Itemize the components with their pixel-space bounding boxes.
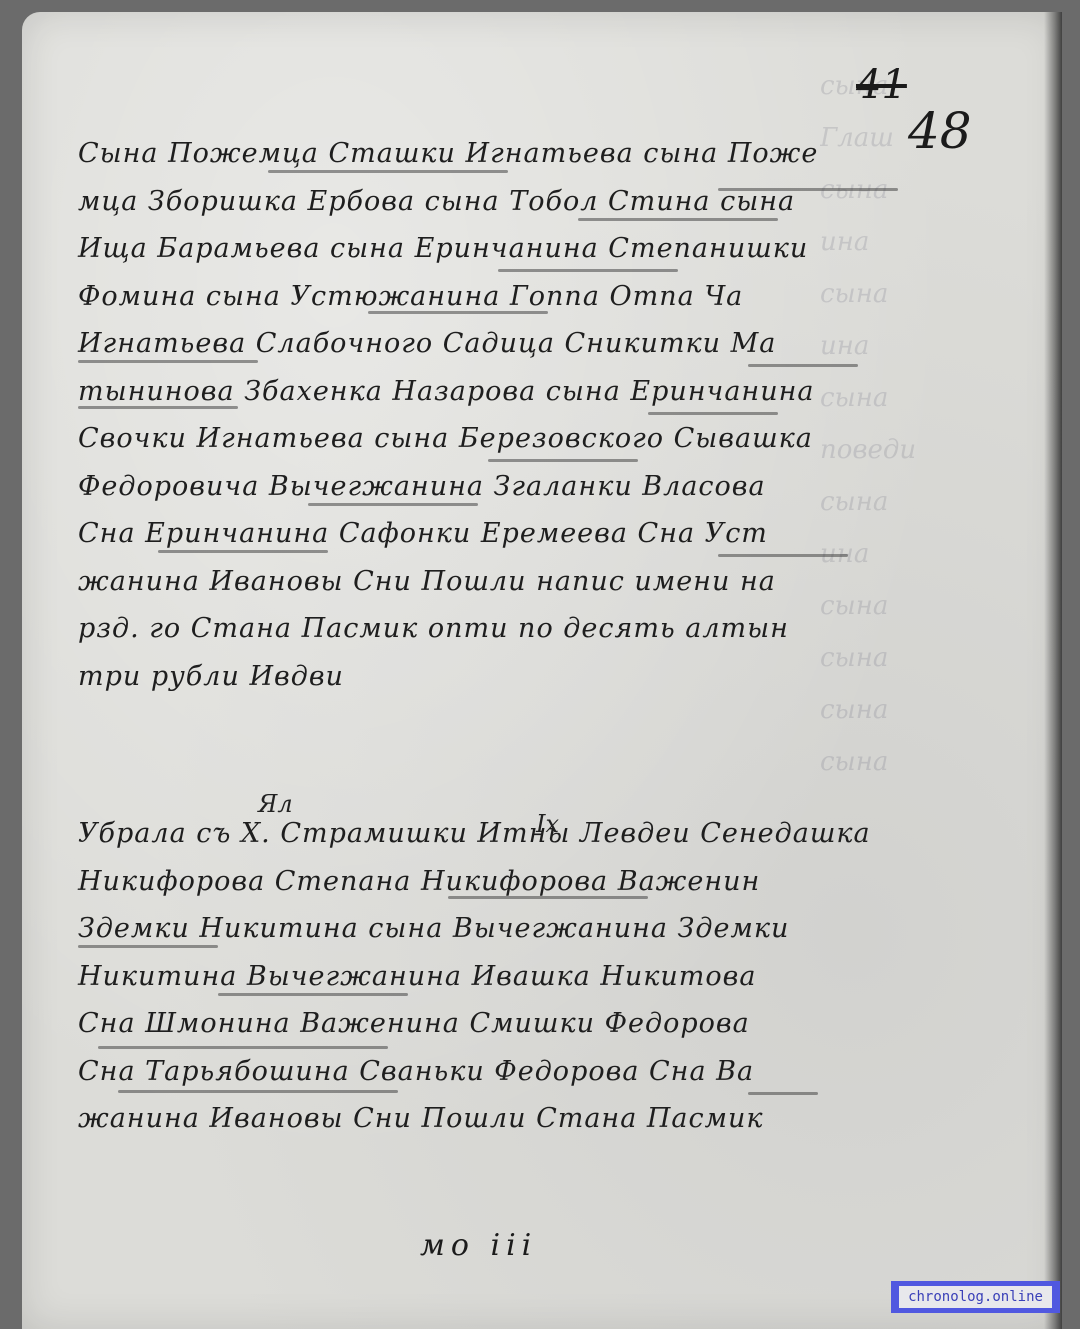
underline-stroke bbox=[158, 550, 328, 553]
underline-stroke bbox=[308, 503, 478, 506]
watermark-badge: chronolog.online bbox=[891, 1281, 1060, 1313]
manuscript-line: мца Зборишка Ербова сына Тобол Стина сын… bbox=[78, 178, 858, 226]
watermark-text: chronolog.online bbox=[899, 1286, 1052, 1308]
manuscript-line: Сына Пожемца Сташки Игнатьева сына Поже bbox=[78, 130, 858, 178]
manuscript-line: три рубли Ивдви bbox=[78, 653, 858, 701]
manuscript-line: Сна Тарьябошина Сваньки Федорова Сна Ва bbox=[78, 1048, 858, 1096]
manuscript-line: тынинова Збахенка Назарова сына Еринчани… bbox=[78, 368, 858, 416]
manuscript-line: рзд. го Стана Пасмик опти по десять алты… bbox=[78, 605, 858, 653]
underline-stroke bbox=[578, 218, 778, 221]
folio-number: 48 bbox=[908, 102, 972, 160]
manuscript-line: Сна Еринчанина Сафонки Еремеева Сна Уст bbox=[78, 510, 858, 558]
manuscript-line: Фомина сына Устюжанина Гоппа Отпа Ча bbox=[78, 273, 858, 321]
manuscript-line: Ища Барамьева сына Еринчанина Степанишки bbox=[78, 225, 858, 273]
underline-stroke bbox=[268, 170, 508, 173]
underline-stroke bbox=[218, 993, 408, 996]
manuscript-line: Федоровича Вычегжанина Згаланки Власова bbox=[78, 463, 858, 511]
page-signature: мо ііі bbox=[420, 1228, 537, 1263]
manuscript-line: Убрала съ Х. Страмишки Итны Левдеи Сенед… bbox=[78, 810, 858, 858]
text-block-1: Сына Пожемца Сташки Игнатьева сына Поже … bbox=[78, 130, 858, 700]
underline-stroke bbox=[78, 945, 218, 948]
manuscript-line: Сна Шмонина Важенина Смишки Федорова bbox=[78, 1000, 858, 1048]
manuscript-line: Здемки Никитина сына Вычегжанина Здемки bbox=[78, 905, 858, 953]
underline-stroke bbox=[448, 896, 648, 899]
underline-stroke bbox=[78, 406, 238, 409]
manuscript-line: Никитина Вычегжанина Ивашка Никитова bbox=[78, 953, 858, 1001]
underline-stroke bbox=[118, 1090, 398, 1093]
page-edge-shadow bbox=[1044, 12, 1062, 1329]
underline-stroke bbox=[368, 311, 548, 314]
underline-stroke bbox=[78, 360, 258, 363]
text-block-2: Убрала съ Х. Страмишки Итны Левдеи Сенед… bbox=[78, 810, 858, 1143]
manuscript-line: Свочки Игнатьева сына Березовского Сываш… bbox=[78, 415, 858, 463]
manuscript-line: Игнатьева Слабочного Садица Сникитки Ма bbox=[78, 320, 858, 368]
manuscript-line: жанина Ивановы Сни Пошли напис имени на bbox=[78, 558, 858, 606]
manuscript-line: жанина Ивановы Сни Пошли Стана Пасмик bbox=[78, 1095, 858, 1143]
manuscript-line: Никифорова Степана Никифорова Важенин bbox=[78, 858, 858, 906]
folio-number-struck: 41 bbox=[856, 62, 907, 108]
